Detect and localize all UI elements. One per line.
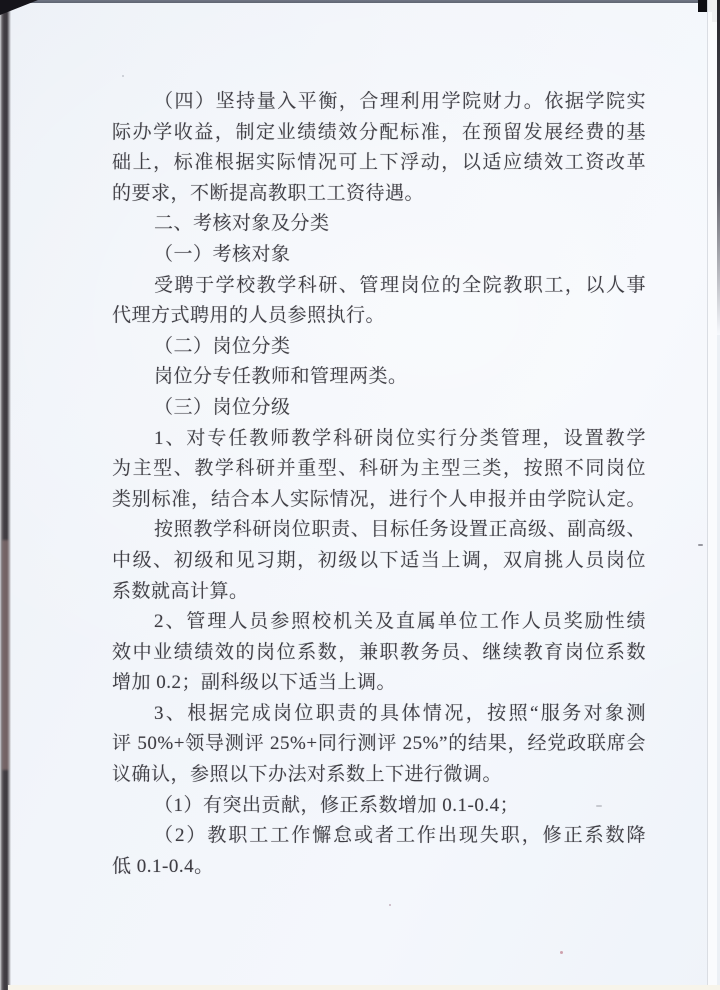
text-line: （2）教职工工作懈怠或者工作出现失职，修正系数降 bbox=[112, 821, 646, 852]
text-line: 际办学收益，制定业绩绩效分配标准，在预留发展经费的基 bbox=[112, 118, 646, 149]
text-line: （1）有突出贡献，修正系数增加 0.1-0.4； bbox=[112, 791, 646, 822]
text-line: （二）岗位分类 bbox=[112, 332, 646, 363]
scan-speck bbox=[698, 544, 703, 546]
text-line: 低 0.1-0.4。 bbox=[112, 852, 646, 883]
text-line: 2、管理人员参照校机关及直属单位工作人员奖励性绩 bbox=[112, 607, 646, 638]
scan-speck bbox=[596, 805, 602, 807]
text-line: 系数就高计算。 bbox=[112, 577, 646, 608]
text-line: 评 50%+领导测评 25%+同行测评 25%”的结果，经党政联席会 bbox=[112, 729, 646, 760]
text-line: （四）坚持量入平衡，合理利用学院财力。依据学院实 bbox=[112, 87, 646, 118]
scan-edge-left bbox=[0, 0, 11, 990]
text-line: 岗位分专任教师和管理两类。 bbox=[112, 362, 646, 393]
scan-edge-left-warm bbox=[2, 540, 9, 770]
text-line: 中级、初级和见习期，初级以下适当上调，双肩挑人员岗位 bbox=[112, 546, 646, 577]
text-line: 增加 0.2；副科级以下适当上调。 bbox=[112, 668, 646, 699]
scan-edge-right-strip bbox=[707, 0, 717, 990]
text-line: 议确认，参照以下办法对系数上下进行微调。 bbox=[112, 760, 646, 791]
text-line: 础上，标准根据实际情况可上下浮动，以适应绩效工资改革 bbox=[112, 148, 646, 179]
text-line: （三）岗位分级 bbox=[112, 393, 646, 424]
scan-speck bbox=[122, 75, 124, 77]
text-line: 代理方式聘用的人员参照执行。 bbox=[112, 301, 646, 332]
scan-edge-bottom bbox=[8, 985, 720, 990]
scan-speck bbox=[389, 904, 391, 906]
text-line: 类别标准，结合本人实际情况，进行个人申报并由学院认定。 bbox=[112, 485, 646, 516]
text-line: 受聘于学校教学科研、管理岗位的全院教职工，以人事 bbox=[112, 271, 646, 302]
scan-edge-top bbox=[6, 0, 714, 3]
text-line: 的要求，不断提高教职工工资待遇。 bbox=[112, 179, 646, 210]
text-line: 二、考核对象及分类 bbox=[112, 209, 646, 240]
text-line: （一）考核对象 bbox=[112, 240, 646, 271]
text-line: 1、对专任教师教学科研岗位实行分类管理，设置教学 bbox=[112, 424, 646, 455]
scan-corner-top-left bbox=[0, 0, 38, 15]
text-line: 3、根据完成岗位职责的具体情况，按照“服务对象测 bbox=[112, 699, 646, 730]
document-text-block: （四）坚持量入平衡，合理利用学院财力。依据学院实际办学收益，制定业绩绩效分配标准… bbox=[112, 87, 646, 882]
text-line: 为主型、教学科研并重型、科研为主型三类，按照不同岗位 bbox=[112, 454, 646, 485]
text-line: 按照教学科研岗位职责、目标任务设置正高级、副高级、 bbox=[112, 515, 646, 546]
text-line: 效中业绩绩效的岗位系数，兼职教务员、继续教育岗位系数 bbox=[112, 638, 646, 669]
scanned-page: （四）坚持量入平衡，合理利用学院财力。依据学院实际办学收益，制定业绩绩效分配标准… bbox=[0, 0, 720, 990]
scan-speck bbox=[560, 951, 563, 954]
